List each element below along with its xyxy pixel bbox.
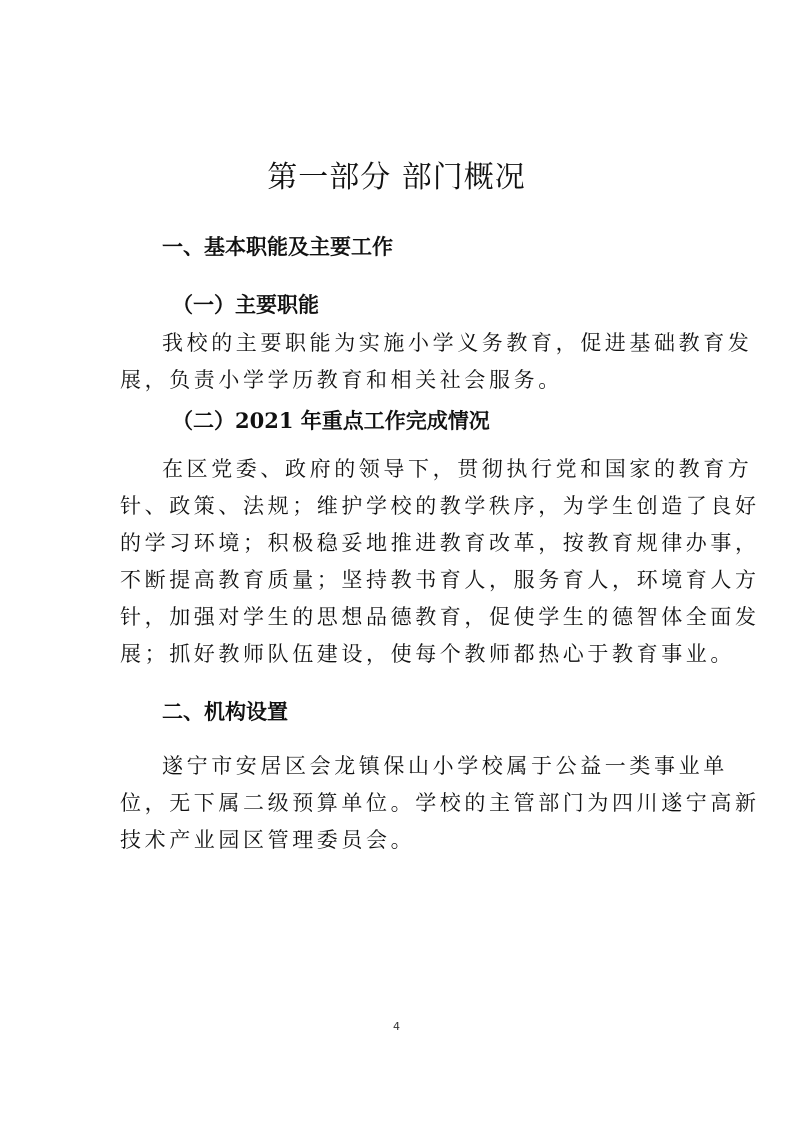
paragraph-line: 在区党委、政府的领导下，贯彻执行党和国家的教育方 bbox=[162, 453, 722, 483]
paragraph-line: 技术产业园区管理委员会。 bbox=[120, 824, 680, 854]
paragraph-line: 的学习环境；积极稳妥地推进教育改革，按教育规律办事， bbox=[120, 527, 680, 557]
paragraph-line: 针，加强对学生的思想品德教育，促使学生的德智体全面发 bbox=[120, 601, 680, 631]
paragraph-line: 位，无下属二级预算单位。学校的主管部门为四川遂宁高新 bbox=[120, 787, 680, 817]
paragraph-line: 展，负责小学学历教育和相关社会服务。 bbox=[120, 364, 680, 394]
section-heading-basic-functions: 一、基本职能及主要工作 bbox=[162, 231, 393, 261]
paragraph-line: 不断提高教育质量；坚持教书育人，服务育人，环境育人方 bbox=[120, 564, 680, 594]
section-heading-organization: 二、机构设置 bbox=[162, 696, 288, 726]
page-title: 第一部分 部门概况 bbox=[0, 152, 793, 196]
paragraph-line: 针、政策、法规；维护学校的教学秩序，为学生创造了良好 bbox=[120, 490, 680, 520]
page-number: 4 bbox=[0, 1020, 793, 1033]
paragraph-line: 展；抓好教师队伍建设，使每个教师都热心于教育事业。 bbox=[120, 638, 680, 668]
subheading-2021-work: （二）2021 年重点工作完成情况 bbox=[172, 405, 490, 435]
document-page: 第一部分 部门概况 一、基本职能及主要工作 （一）主要职能 我校的主要职能为实施… bbox=[0, 0, 793, 1122]
paragraph-line: 遂宁市安居区会龙镇保山小学校属于公益一类事业单 bbox=[162, 750, 722, 780]
paragraph-line: 我校的主要职能为实施小学义务教育，促进基础教育发 bbox=[162, 327, 722, 357]
subheading-main-functions: （一）主要职能 bbox=[172, 289, 319, 319]
